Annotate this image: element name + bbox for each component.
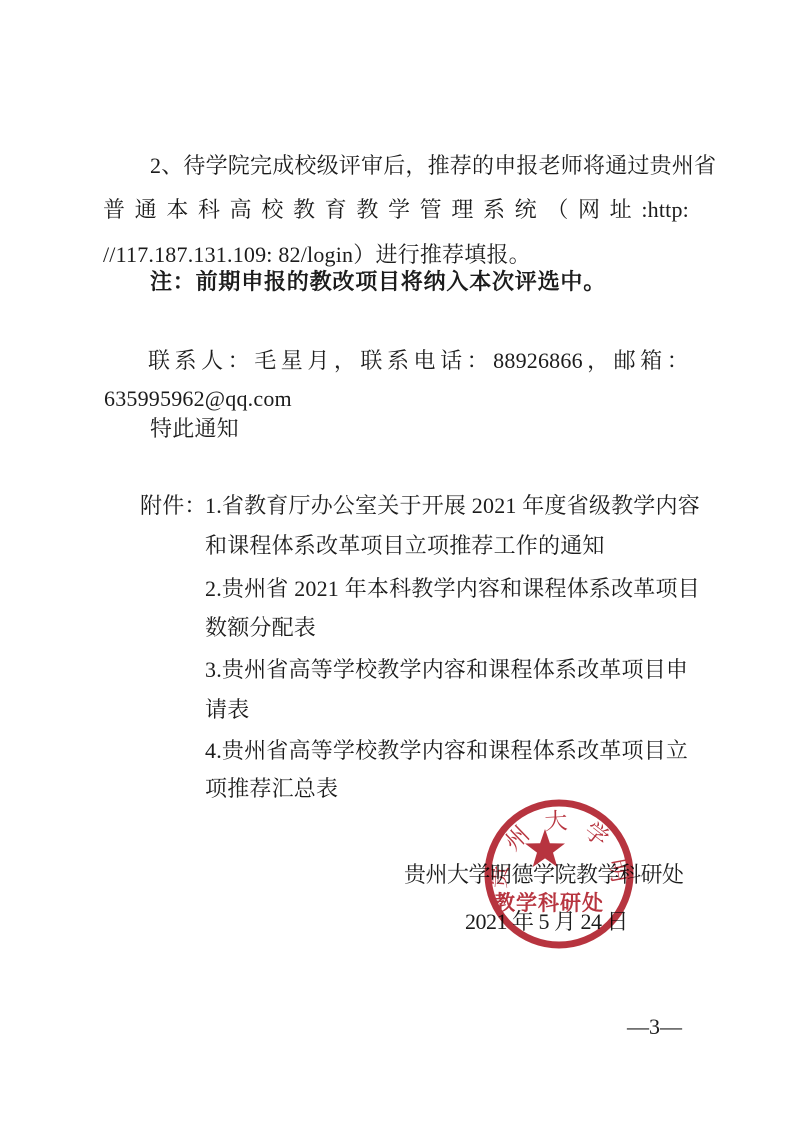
paragraph-line-3: //117.187.131.109: 82/login）进行推荐填报。 bbox=[103, 240, 531, 270]
closing-line: 特此通知 bbox=[150, 414, 239, 444]
attachment-line: 3.贵州省高等学校教学内容和课程体系改革项目申 bbox=[205, 655, 688, 685]
document-page: 2、待学院完成校级评审后，推荐的申报老师将通过贵州省 普通本科高校教育教学管理系… bbox=[0, 0, 793, 1122]
seal-star-icon bbox=[525, 829, 565, 867]
paragraph-line-1: 2、待学院完成校级评审后，推荐的申报老师将通过贵州省 bbox=[150, 151, 716, 181]
paragraph-line-2: 普通本科高校教育教学管理系统（网址:http: bbox=[103, 195, 689, 225]
seal-bottom-text: 教学科研处 bbox=[494, 891, 604, 915]
attachment-line: 1.省教育厅办公室关于开展 2021 年度省级教学内容 bbox=[205, 491, 700, 521]
attachment-line: 项推荐汇总表 bbox=[205, 774, 338, 804]
official-seal: 贵州大学明德学院 教学科研处 bbox=[476, 794, 642, 960]
seal-bottom-text-span: 教学科研处 bbox=[494, 891, 604, 915]
contact-line: 联系人：毛星月，联系电话：88926866，邮箱： bbox=[148, 346, 689, 376]
attachment-line: 4.贵州省高等学校教学内容和课程体系改革项目立 bbox=[205, 736, 688, 766]
attachment-line: 数额分配表 bbox=[205, 613, 316, 643]
attachment-line: 2.贵州省 2021 年本科教学内容和课程体系改革项目 bbox=[205, 574, 700, 604]
attachment-line: 和课程体系改革项目立项推荐工作的通知 bbox=[205, 531, 605, 561]
note-line: 注：前期申报的教改项目将纳入本次评选中。 bbox=[150, 267, 606, 297]
attachments-label: 附件： bbox=[140, 491, 207, 521]
page-number: —3— bbox=[627, 1013, 682, 1041]
attachment-line: 请表 bbox=[205, 695, 249, 725]
contact-email: 635995962@qq.com bbox=[104, 384, 292, 414]
